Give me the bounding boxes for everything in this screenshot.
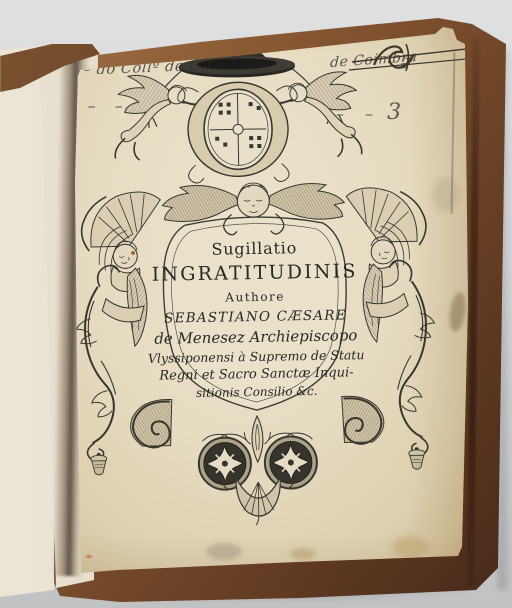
volute-right-icon: [342, 396, 384, 444]
stain: [290, 548, 316, 560]
acanthus-scroll-left-icon: [75, 265, 122, 461]
coat-of-arms-icon: [177, 81, 298, 183]
photo-backdrop: Livrª do Collº de Carmo de Coimbra 2 A– …: [0, 0, 512, 608]
stain: [86, 555, 92, 558]
heraldic-crest: [113, 45, 362, 185]
title-line-short: Sugillatio: [132, 237, 377, 260]
volute-left-icon: [130, 399, 172, 447]
title-line-main: INGRATITUDINIS: [132, 260, 377, 286]
urn-finial-right-icon: [409, 447, 425, 469]
author-line-2: de Menesez Archiepiscopo: [133, 326, 378, 348]
author-name: SEBASTIANO CÆSARE: [133, 307, 378, 327]
rosette-medallion-right-icon: [264, 433, 317, 489]
byline: Authore: [133, 288, 378, 306]
title-text-block: Sugillatio INGRATITUDINIS Authore SEBAST…: [132, 237, 380, 401]
author-line-4: Regni et Sacro Sanctæ Inqui-: [134, 365, 379, 384]
author-line-3: Vlyssiponensi à Supremo de Statu: [134, 347, 379, 366]
urn-finial-left-icon: [91, 453, 107, 475]
acanthus-scroll-right-icon: [389, 260, 436, 456]
